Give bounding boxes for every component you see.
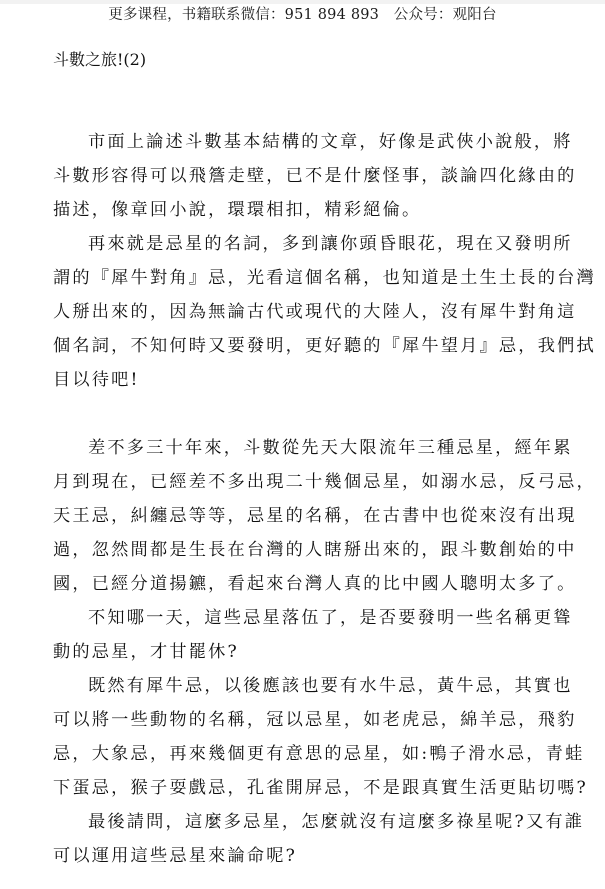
body-line: 描述，像章回小說，環環相扣，精彩絕倫。	[53, 198, 421, 222]
body-line: 可以運用這些忌星來論命呢?	[53, 844, 297, 868]
body-line: 可以將一些動物的名稱，冠以忌星，如老虎忌，綿羊忌，飛豹	[53, 708, 576, 732]
body-line: 斗數形容得可以飛簷走壁，已不是什麼怪事，談論四化緣由的	[53, 164, 576, 188]
body-line: 月到現在，已經差不多出現二十幾個忌星，如溺水忌，反弓忌，	[53, 470, 596, 494]
body-line: 下蛋忌，猴子耍戲忌，孔雀開屏忌，不是跟真實生活更貼切嗎?	[53, 776, 588, 800]
body-line: 不知哪一天，這些忌星落伍了，是否要發明一些名稱更聳	[88, 606, 573, 630]
page-header-watermark: 更多课程，书籍联系微信：951 894 893 公众号：观阳台	[0, 5, 605, 25]
body-line: 國，已經分道揚鑣，看起來台灣人真的比中國人聰明太多了。	[53, 572, 576, 596]
body-line: 個名詞，不知何時又要發明，更好聽的『犀牛望月』忌，我們拭	[53, 334, 596, 358]
body-line: 市面上論述斗數基本結構的文章，好像是武俠小說般，將	[88, 130, 573, 154]
body-line: 最後請問，這麼多忌星，怎麼就沒有這麼多祿星呢?又有誰	[88, 810, 584, 834]
body-line: 謂的『犀牛對角』忌，光看這個名稱，也知道是土生土長的台灣	[53, 266, 596, 290]
body-line: 目以待吧!	[53, 368, 140, 392]
body-line: 忌，大象忌，再來幾個更有意思的忌星，如:鴨子滑水忌，青蛙	[53, 742, 584, 766]
body-line: 人掰出來的，因為無論古代或現代的大陸人，沒有犀牛對角這	[53, 300, 576, 324]
body-line: 既然有犀牛忌，以後應該也要有水牛忌，黃牛忌，其實也	[88, 674, 573, 698]
article-title: 斗數之旅!(2)	[53, 49, 146, 71]
page-top-edge	[0, 0, 605, 4]
body-line: 過，忽然間都是生長在台灣的人瞎掰出來的，跟斗數創始的中	[53, 538, 576, 562]
body-line: 動的忌星，才甘罷休?	[53, 640, 239, 664]
body-line: 差不多三十年來，斗數從先天大限流年三種忌星，經年累	[88, 436, 573, 460]
body-line: 天王忌，糾纏忌等等，忌星的名稱，在古書中也從來沒有出現	[53, 504, 576, 528]
body-line: 再來就是忌星的名詞，多到讓你頭昏眼花，現在又發明所	[88, 232, 573, 256]
